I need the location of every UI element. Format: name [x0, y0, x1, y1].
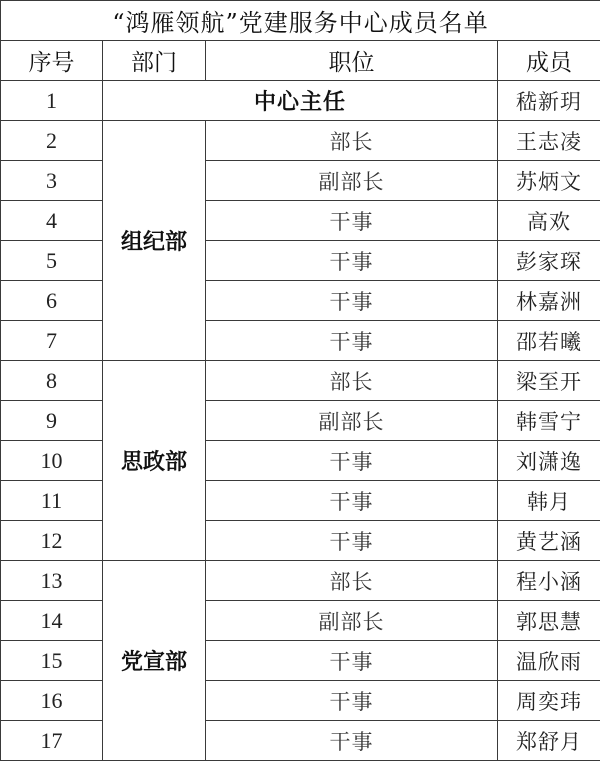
- table-row: 5 干事 彭家琛: [1, 241, 600, 281]
- position: 干事: [206, 521, 498, 561]
- position: 部长: [206, 561, 498, 601]
- position: 部长: [206, 121, 498, 161]
- table-row: 6 干事 林嘉洲: [1, 281, 600, 321]
- member-roster-table: “鸿雁领航”党建服务中心成员名单 序号 部门 职位 成员 1 中心主任 嵇新玥 …: [0, 0, 600, 760]
- member-name: 邵若曦: [498, 321, 600, 361]
- member-name: 嵇新玥: [498, 81, 600, 121]
- member-name: 刘潇逸: [498, 441, 600, 481]
- member-name: 韩月: [498, 481, 600, 521]
- table-row: 12 干事 黄艺涵: [1, 521, 600, 561]
- member-name: 周奕玮: [498, 681, 600, 721]
- title-row: “鸿雁领航”党建服务中心成员名单: [1, 1, 600, 41]
- position: 干事: [206, 681, 498, 721]
- table-row: 10 干事 刘潇逸: [1, 441, 600, 481]
- member-name: 温欣雨: [498, 641, 600, 681]
- member-name: 程小涵: [498, 561, 600, 601]
- table-row: 1 中心主任 嵇新玥: [1, 81, 600, 121]
- position: 干事: [206, 481, 498, 521]
- table-row: 3 副部长 苏炳文: [1, 161, 600, 201]
- table-row: 9 副部长 韩雪宁: [1, 401, 600, 441]
- row-number: 3: [1, 161, 103, 201]
- position: 干事: [206, 281, 498, 321]
- row-number: 11: [1, 481, 103, 521]
- table-row: 15 干事 温欣雨: [1, 641, 600, 681]
- header-member: 成员: [498, 41, 600, 81]
- row-number: 15: [1, 641, 103, 681]
- department-name: 思政部: [103, 361, 206, 561]
- row-number: 7: [1, 321, 103, 361]
- position: 干事: [206, 321, 498, 361]
- row-number: 2: [1, 121, 103, 161]
- position: 副部长: [206, 401, 498, 441]
- director-position: 中心主任: [103, 81, 498, 121]
- table-row: 4 干事 高欢: [1, 201, 600, 241]
- member-name: 韩雪宁: [498, 401, 600, 441]
- table-row: 11 干事 韩月: [1, 481, 600, 521]
- member-name: 王志凌: [498, 121, 600, 161]
- table-row: 13 党宣部 部长 程小涵: [1, 561, 600, 601]
- table-row: 14 副部长 郭思慧: [1, 601, 600, 641]
- row-number: 16: [1, 681, 103, 721]
- position: 干事: [206, 441, 498, 481]
- table-title: “鸿雁领航”党建服务中心成员名单: [1, 1, 600, 41]
- header-row: 序号 部门 职位 成员: [1, 41, 600, 81]
- member-name: 苏炳文: [498, 161, 600, 201]
- row-number: 9: [1, 401, 103, 441]
- table-row: 8 思政部 部长 梁至开: [1, 361, 600, 401]
- position: 干事: [206, 721, 498, 761]
- position: 部长: [206, 361, 498, 401]
- department-name: 党宣部: [103, 561, 206, 761]
- row-number: 5: [1, 241, 103, 281]
- row-number: 8: [1, 361, 103, 401]
- position: 干事: [206, 201, 498, 241]
- table-row: 17 干事 郑舒月: [1, 721, 600, 761]
- row-number: 1: [1, 81, 103, 121]
- header-department: 部门: [103, 41, 206, 81]
- header-position: 职位: [206, 41, 498, 81]
- member-name: 郑舒月: [498, 721, 600, 761]
- row-number: 17: [1, 721, 103, 761]
- department-name: 组纪部: [103, 121, 206, 361]
- row-number: 6: [1, 281, 103, 321]
- position: 副部长: [206, 601, 498, 641]
- row-number: 13: [1, 561, 103, 601]
- member-name: 高欢: [498, 201, 600, 241]
- table-row: 16 干事 周奕玮: [1, 681, 600, 721]
- table-row: 7 干事 邵若曦: [1, 321, 600, 361]
- row-number: 10: [1, 441, 103, 481]
- header-no: 序号: [1, 41, 103, 81]
- member-name: 彭家琛: [498, 241, 600, 281]
- member-name: 黄艺涵: [498, 521, 600, 561]
- table-row: 2 组纪部 部长 王志凌: [1, 121, 600, 161]
- row-number: 12: [1, 521, 103, 561]
- row-number: 14: [1, 601, 103, 641]
- member-name: 梁至开: [498, 361, 600, 401]
- member-name: 林嘉洲: [498, 281, 600, 321]
- position: 副部长: [206, 161, 498, 201]
- position: 干事: [206, 241, 498, 281]
- position: 干事: [206, 641, 498, 681]
- row-number: 4: [1, 201, 103, 241]
- member-name: 郭思慧: [498, 601, 600, 641]
